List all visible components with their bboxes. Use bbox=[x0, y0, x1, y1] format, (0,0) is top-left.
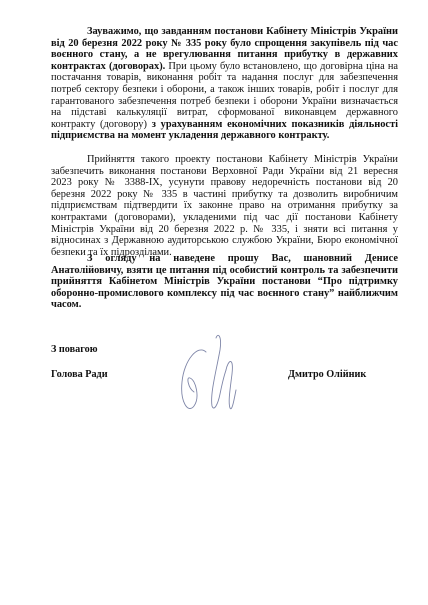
paragraph-procurement-note: Зауважимо, що завданням постанови Кабіне… bbox=[51, 26, 398, 142]
signer-title: Голова Ради bbox=[51, 369, 108, 380]
paragraph-text: Прийняття такого проекту постанови Кабін… bbox=[51, 154, 398, 258]
signer-name: Дмитро Олійник bbox=[288, 369, 366, 380]
paragraph-text-bold: З огляду на наведене прошу Вас, шановний… bbox=[51, 253, 398, 310]
handwritten-signature-icon bbox=[176, 330, 256, 414]
closing-regards: З повагою bbox=[51, 344, 97, 355]
paragraph-adoption-benefits: Прийняття такого проекту постанови Кабін… bbox=[51, 154, 398, 258]
paragraph-request: З огляду на наведене прошу Вас, шановний… bbox=[51, 253, 398, 311]
document-page: Зауважимо, що завданням постанови Кабіне… bbox=[0, 0, 428, 605]
